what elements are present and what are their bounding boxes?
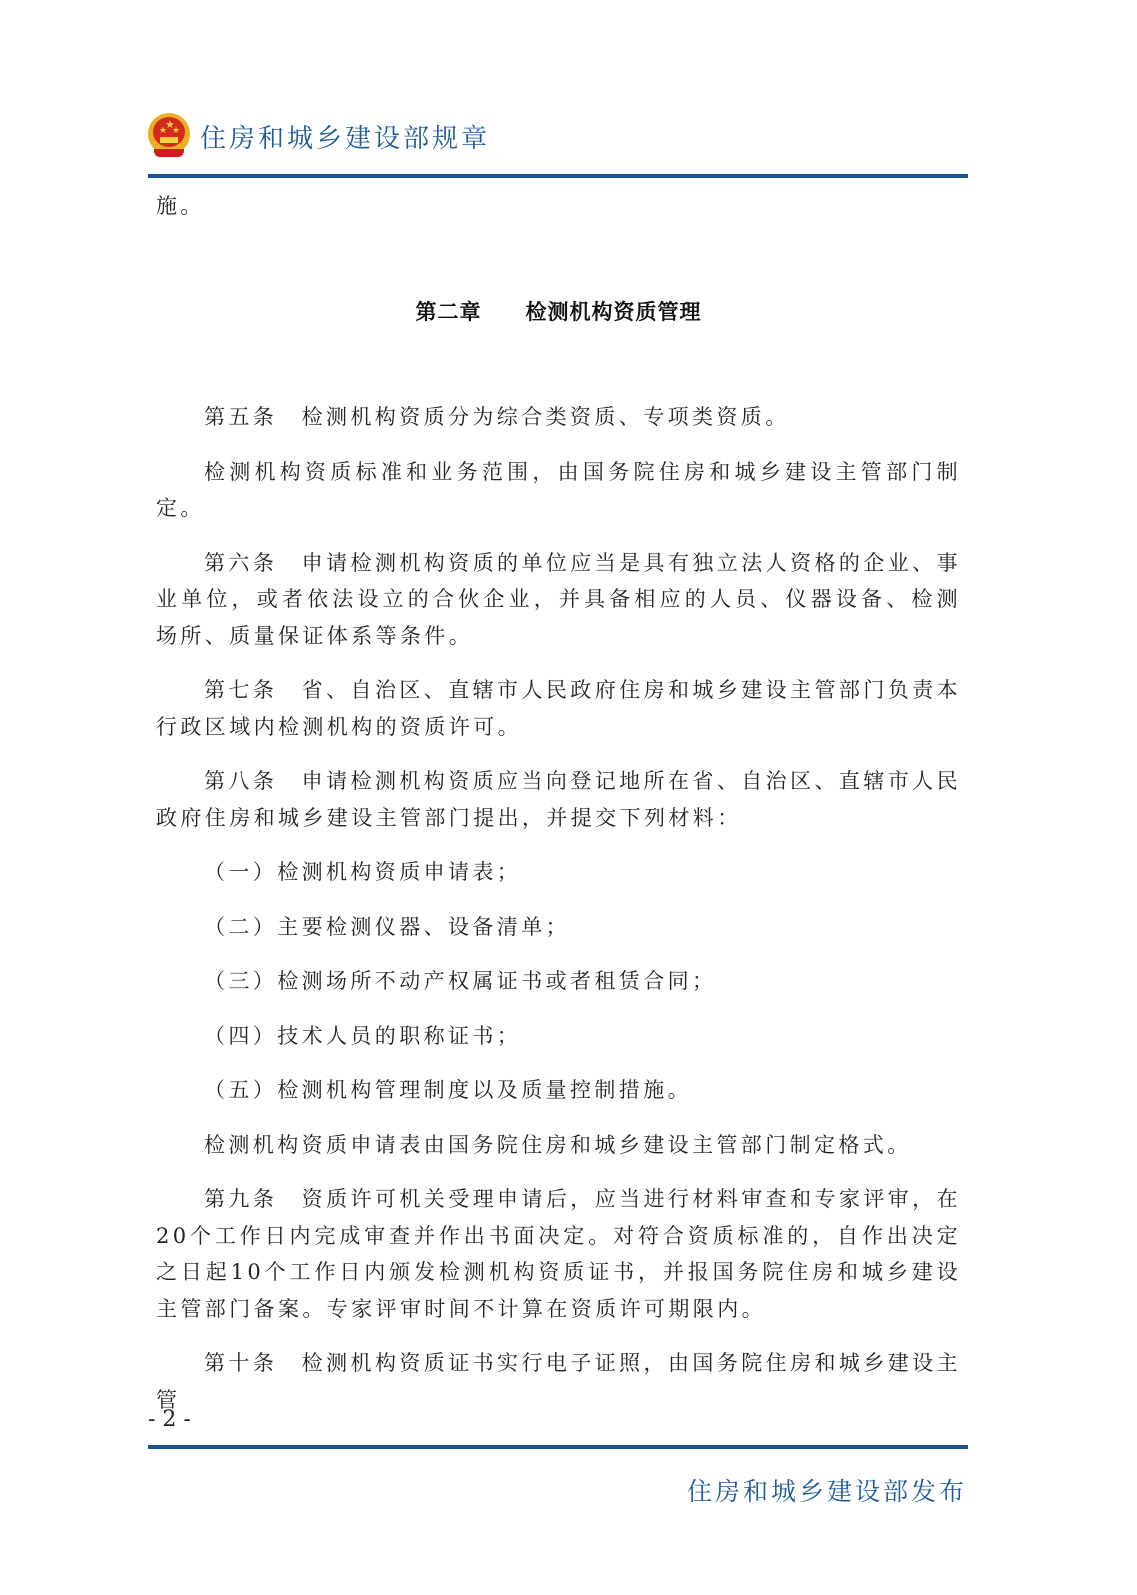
article-6: 第六条 申请检测机构资质的单位应当是具有独立法人资格的企业、事业单位，或者依法设… (156, 545, 961, 655)
header-divider (148, 174, 968, 178)
article-8: 第八条 申请检测机构资质应当向登记地所在省、自治区、直辖市人民政府住房和城乡建设… (156, 763, 961, 836)
list-item-5: （五）检测机构管理制度以及质量控制措施。 (156, 1072, 961, 1109)
chapter-title: 第二章 检测机构资质管理 (156, 294, 961, 331)
footer-divider (148, 1445, 968, 1449)
article-10: 第十条 检测机构资质证书实行电子证照，由国务院住房和城乡建设主管 (156, 1345, 961, 1418)
national-emblem-icon: ★ ★ ★ (148, 113, 190, 159)
document-body: 施。 第二章 检测机构资质管理 第五条 检测机构资质分为综合类资质、专项类资质。… (156, 188, 961, 1418)
article-9: 第九条 资质许可机关受理申请后，应当进行材料审查和专家评审，在20个工作日内完成… (156, 1181, 961, 1327)
header-title: 住房和城乡建设部规章 (200, 118, 490, 155)
article-7: 第七条 省、自治区、直辖市人民政府住房和城乡建设主管部门负责本行政区域内检测机构… (156, 672, 961, 745)
list-item-3: （三）检测场所不动产权属证书或者租赁合同； (156, 963, 961, 1000)
list-item-2: （二）主要检测仪器、设备清单； (156, 909, 961, 946)
page-number: - 2 - (148, 1407, 191, 1432)
list-item-1: （一）检测机构资质申请表； (156, 854, 961, 891)
article-5-para-2: 检测机构资质标准和业务范围，由国务院住房和城乡建设主管部门制定。 (156, 454, 961, 527)
continuation-text: 施。 (156, 188, 961, 225)
article-5: 第五条 检测机构资质分为综合类资质、专项类资质。 (156, 399, 961, 436)
footer-publisher: 住房和城乡建设部发布 (687, 1472, 967, 1508)
list-item-4: （四）技术人员的职称证书； (156, 1018, 961, 1055)
page-header: ★ ★ ★ 住房和城乡建设部规章 (148, 113, 490, 159)
article-8-para-2: 检测机构资质申请表由国务院住房和城乡建设主管部门制定格式。 (156, 1127, 961, 1164)
